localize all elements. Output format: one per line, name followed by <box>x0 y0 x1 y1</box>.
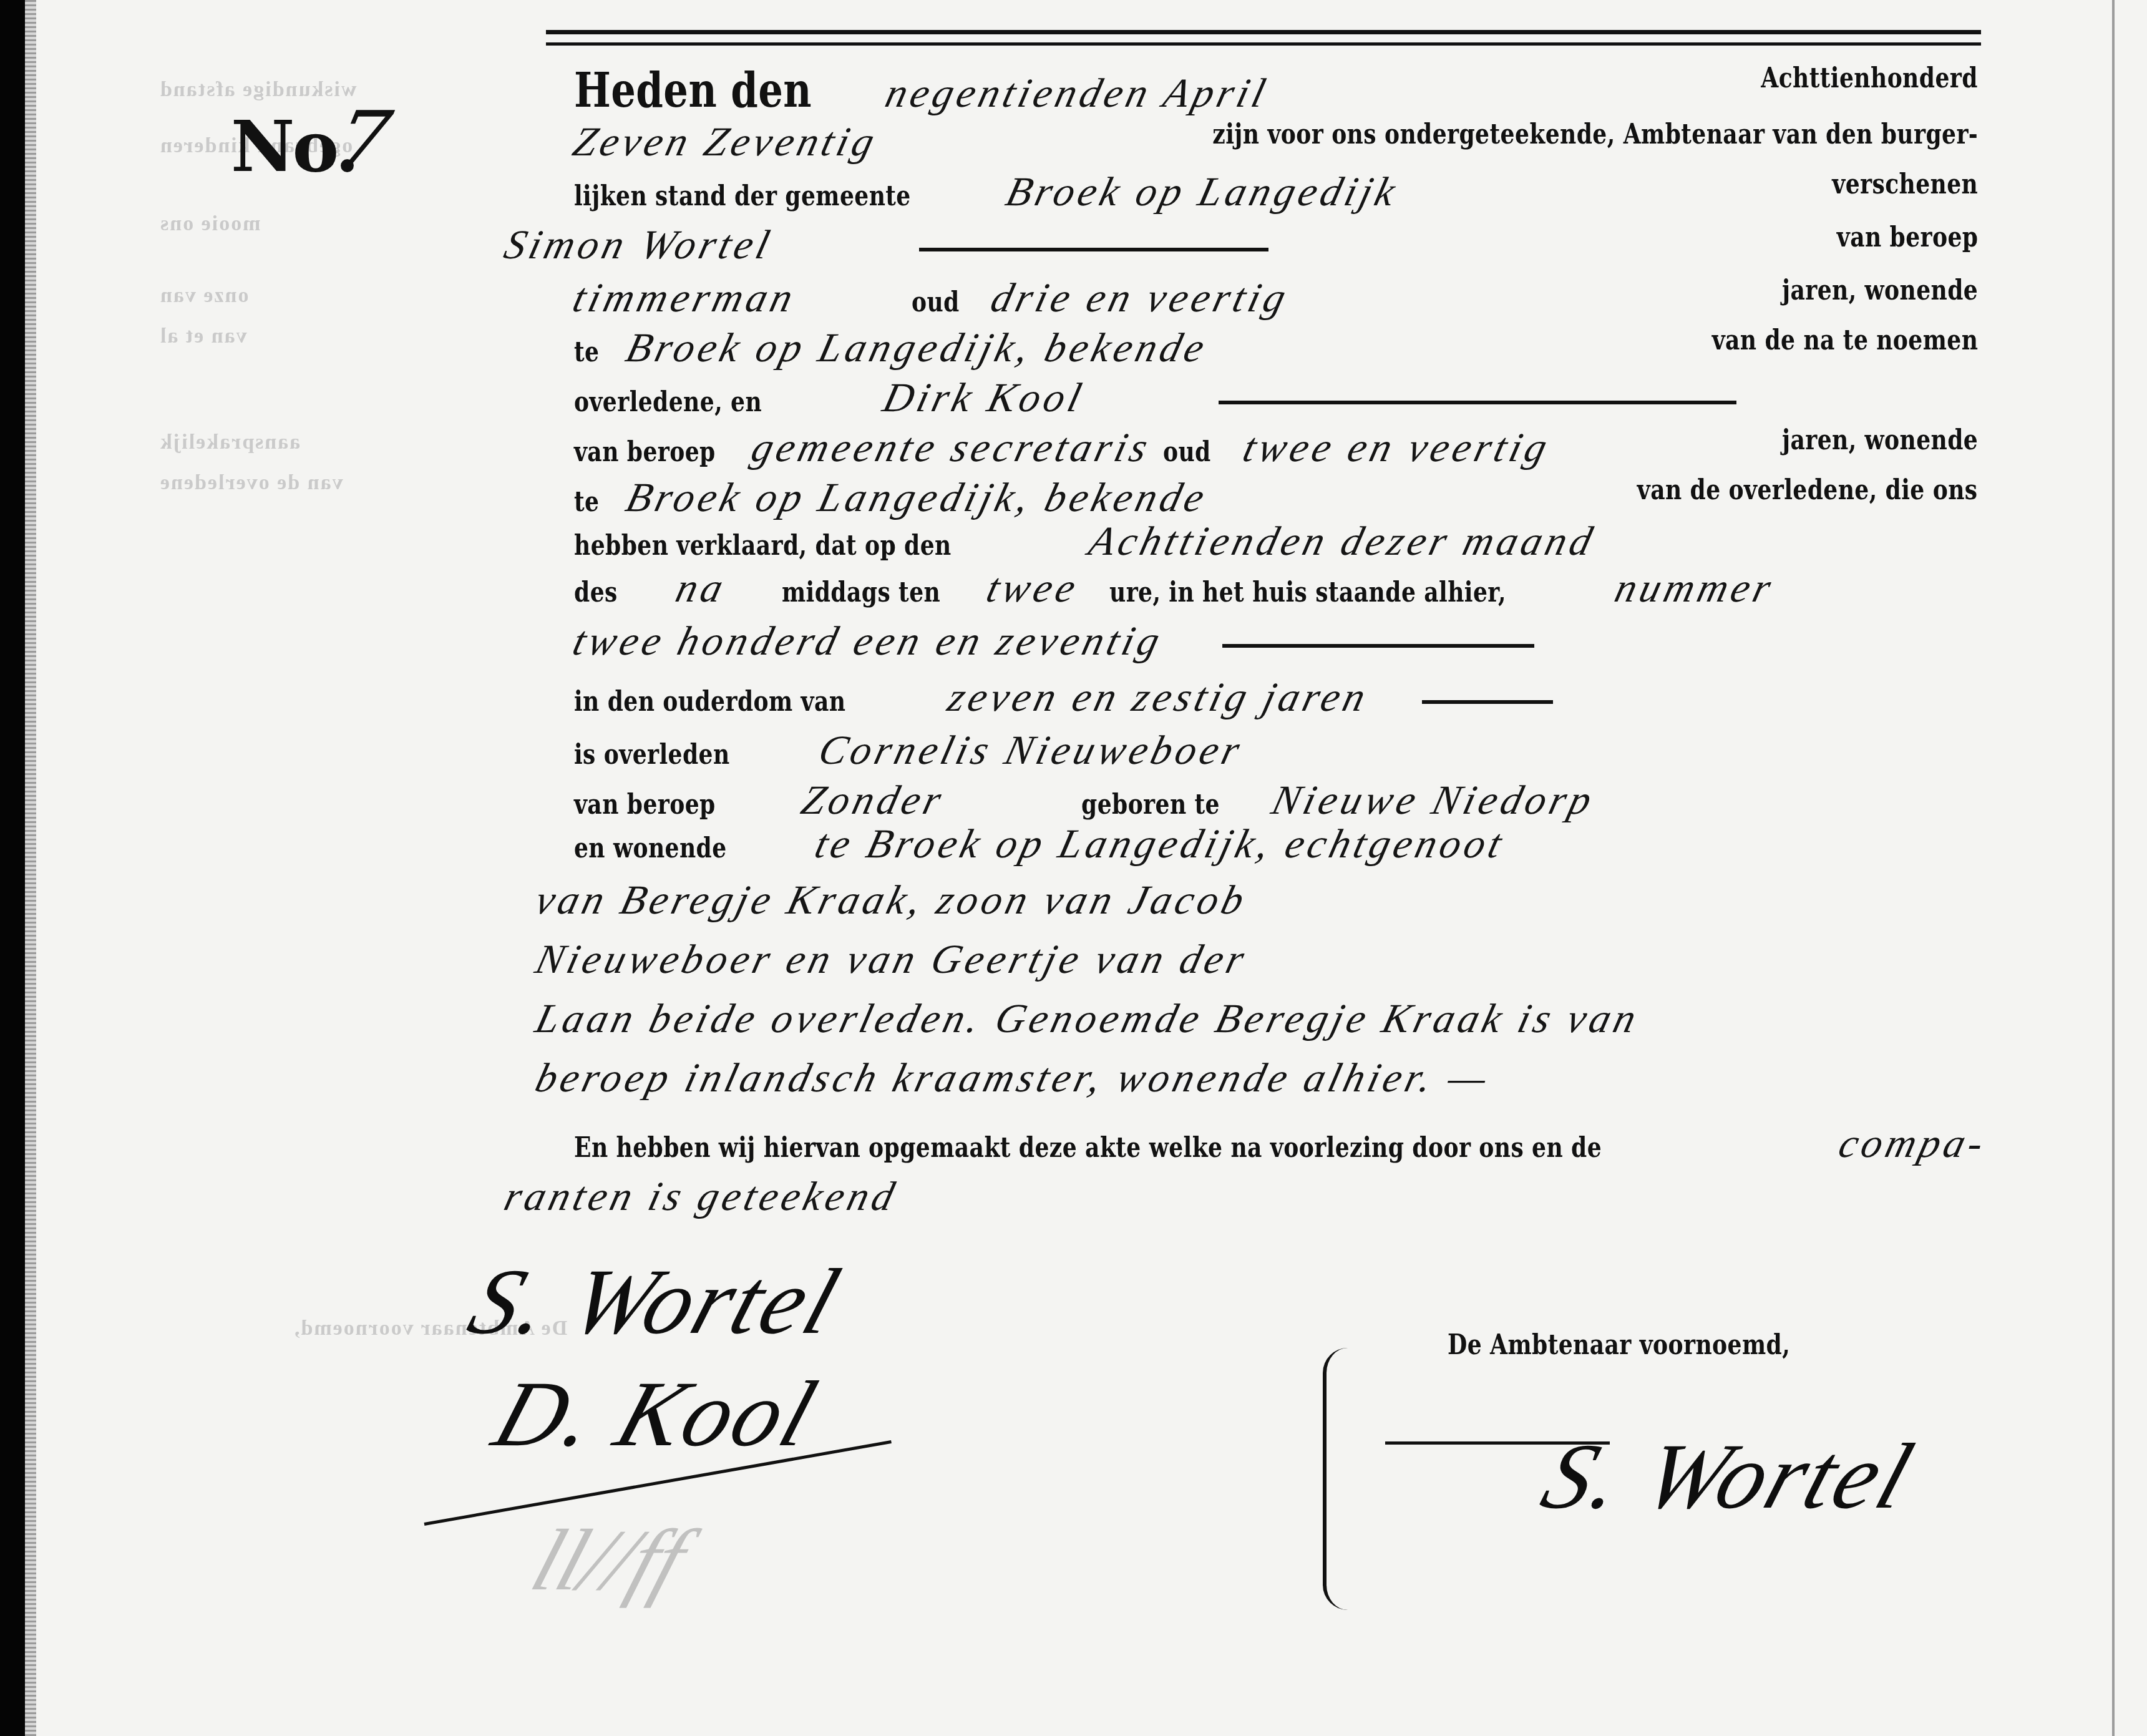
record-line-21: En hebben wij hiervan opgemaakt deze akt… <box>574 1120 1978 1176</box>
handwritten-parents: Nieuweboer en van Geertje van der <box>531 936 1253 983</box>
printed-text: Heden den <box>574 62 812 118</box>
bleed-through-text: mooie ons <box>159 212 261 236</box>
handwritten-notes: Laan beide overleden. Genoemde Beregje K… <box>531 995 1645 1043</box>
handwritten-birthplace: Nieuwe Niedorp <box>1267 777 1600 824</box>
record-line-17: van Beregje Kraak, zoon van Jacob <box>574 877 1978 933</box>
printed-text: overledene, en <box>574 386 762 418</box>
printed-text: in den ouderdom van <box>574 686 845 718</box>
printed-text: van beroep <box>574 436 716 468</box>
bleed-through-text: onze van <box>159 284 249 308</box>
record-line-12: twee honderd een en zeventig <box>574 618 1978 674</box>
record-line-1: Heden den negentienden April Achttienhon… <box>574 62 1978 119</box>
printed-text: van beroep <box>574 789 716 821</box>
printed-text: Achttienhonderd <box>1761 62 1978 94</box>
handwritten-text: ranten is geteekend <box>500 1173 903 1221</box>
fill-dash <box>1219 401 1736 404</box>
printed-text: hebben verklaard, dat op den <box>574 530 952 562</box>
handwritten-age-deceased: zeven en zestig jaren <box>943 674 1374 721</box>
handwritten-occupation: timmerman <box>568 275 802 322</box>
bleed-through-text: van de overledene <box>159 471 343 495</box>
printed-text: middags ten <box>782 577 940 608</box>
bleed-through-text: van et al <box>159 324 247 348</box>
page-edge-right <box>2112 0 2115 1736</box>
printed-text: is overleden <box>574 739 730 771</box>
record-line-2: Zeven Zeventig zijn voor ons ondergeteek… <box>574 119 1978 175</box>
handwritten-residence: Broek op Langedijk, bekende <box>621 324 1213 372</box>
signature-witness-1: S. Wortel <box>457 1248 854 1355</box>
record-line-4: Simon Wortel van beroep <box>574 222 1978 278</box>
printed-text: jaren, wonende <box>1782 424 1978 456</box>
record-line-18: Nieuweboer en van Geertje van der <box>574 936 1978 992</box>
handwritten-year: Zeven Zeventig <box>568 119 883 166</box>
record-line-20: beroep inlandsch kraamster, wonende alhi… <box>574 1055 1978 1111</box>
printed-text: zijn voor ons ondergeteekende, Ambtenaar… <box>1212 119 1978 150</box>
record-line-11: des na middags ten twee ure, in het huis… <box>574 565 1978 621</box>
printed-text: oud <box>1163 436 1211 468</box>
handwritten-witness-1-name: Simon Wortel <box>500 222 778 269</box>
header-rule-top <box>546 30 1981 34</box>
handwritten-time-of-day: na <box>671 565 732 612</box>
record-line-14: is overleden Cornelis Nieuweboer <box>574 727 1978 783</box>
scan-border-left <box>0 0 25 1736</box>
printed-text: te <box>574 336 599 368</box>
record-line-16: en wonende te Broek op Langedijk, echtge… <box>574 821 1978 877</box>
bleed-through-text: wiskundige afstand <box>159 78 357 102</box>
record-line-22: ranten is geteekend <box>574 1173 1978 1229</box>
signature-witness-2: D. Kool <box>482 1360 830 1468</box>
fill-dash <box>1222 644 1534 648</box>
record-line-7: overledene, en Dirk Kool <box>574 374 1978 431</box>
record-line-19: Laan beide overleden. Genoemde Beregje K… <box>574 995 1978 1051</box>
handwritten-text: nummer <box>1610 565 1779 612</box>
handwritten-age: twee en veertig <box>1238 424 1555 472</box>
printed-text: geboren te <box>1081 789 1220 821</box>
handwritten-text: compa- <box>1834 1120 1992 1168</box>
handwritten-notes: beroep inlandsch kraamster, wonende alhi… <box>531 1055 1496 1102</box>
handwritten-deceased-name: Cornelis Nieuweboer <box>814 727 1249 774</box>
record-line-13: in den ouderdom van zeven en zestig jare… <box>574 674 1978 730</box>
handwritten-witness-2-name: Dirk Kool <box>879 374 1090 422</box>
fill-dash <box>1422 700 1553 704</box>
printed-text: en wonende <box>574 832 727 864</box>
handwritten-occupation: gemeente secretaris <box>747 424 1156 472</box>
printed-closing-text: En hebben wij hiervan opgemaakt deze akt… <box>574 1132 1602 1164</box>
header-rule-bottom <box>546 42 1981 46</box>
handwritten-age: drie en veertig <box>986 275 1295 322</box>
printed-text: verschenen <box>1832 168 1978 200</box>
handwritten-residence: te Broek op Langedijk, echtgenoot <box>811 821 1511 868</box>
bleed-through-text: aansprakelijk <box>159 431 300 454</box>
handwritten-residence: Broek op Langedijk, bekende <box>621 474 1213 522</box>
record-line-3: lijken stand der gemeente Broek op Lange… <box>574 168 1978 225</box>
faint-scribble: ll//ff <box>520 1510 699 1611</box>
printed-text: oud <box>912 286 960 318</box>
printed-text: des <box>574 577 618 608</box>
printed-text: ure, in het huis staande alhier, <box>1109 577 1506 608</box>
record-line-6: te Broek op Langedijk, bekende van de na… <box>574 324 1978 381</box>
handwritten-house-number: twee honderd een en zeventig <box>568 618 1169 665</box>
printed-text: jaren, wonende <box>1782 275 1978 306</box>
printed-text: te <box>574 486 599 518</box>
fill-dash <box>919 248 1268 251</box>
handwritten-date: negentienden April <box>880 70 1273 117</box>
printed-text: van beroep <box>1836 222 1978 253</box>
printed-text: van de overledene, die ons <box>1637 474 1978 506</box>
handwritten-occupation: Zonder <box>797 777 950 824</box>
handwritten-death-date: Achttienden dezer maand <box>1084 518 1601 565</box>
handwritten-hour: twee <box>982 565 1084 612</box>
handwritten-municipality: Broek op Langedijk <box>1001 168 1404 216</box>
signature-brace <box>1323 1348 1351 1610</box>
printed-text: lijken stand der gemeente <box>574 180 911 212</box>
official-label: De Ambtenaar voornoemd, <box>1448 1329 1790 1361</box>
record-line-8: van beroep gemeente secretaris oud twee … <box>574 424 1978 480</box>
handwritten-spouse-parents: van Beregje Kraak, zoon van Jacob <box>531 877 1253 924</box>
signature-official: S. Wortel <box>1530 1423 1927 1530</box>
page-binding-edge <box>25 0 36 1736</box>
record-line-5: timmerman oud drie en veertig jaren, won… <box>574 275 1978 331</box>
printed-text: van de na te noemen <box>1711 324 1978 356</box>
